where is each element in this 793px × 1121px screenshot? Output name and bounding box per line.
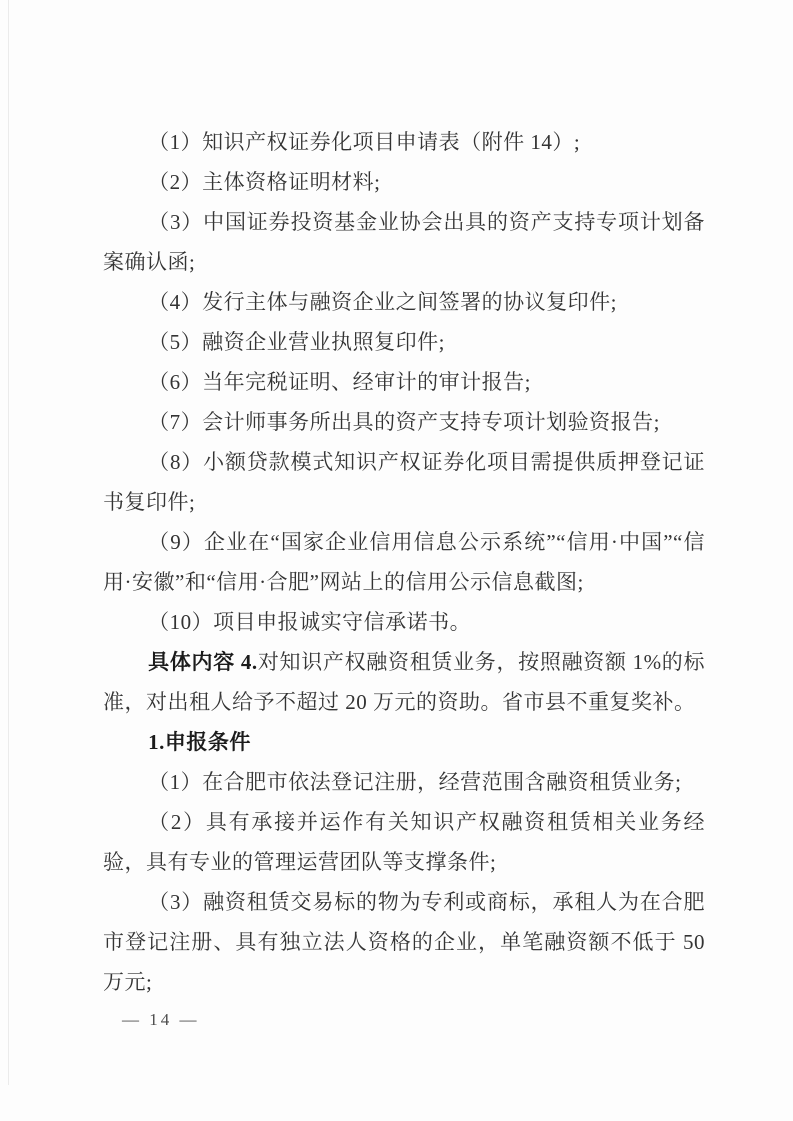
specific-content-label: 具体内容 4. — [148, 650, 257, 674]
attachment-item-10: （10）项目申报诚实守信承诺书。 — [103, 602, 705, 642]
condition-item-3: （3）融资租赁交易标的物为专利或商标，承租人为在合肥市登记注册、具有独立法人资格… — [103, 882, 705, 1002]
attachment-item-5: （5）融资企业营业执照复印件; — [103, 322, 705, 362]
specific-content-paragraph: 具体内容 4.对知识产权融资租赁业务，按照融资额 1%的标准，对出租人给予不超过… — [103, 642, 705, 722]
condition-item-1: （1）在合肥市依法登记注册，经营范围含融资租赁业务; — [103, 762, 705, 802]
attachment-item-7: （7）会计师事务所出具的资产支持专项计划验资报告; — [103, 402, 705, 442]
attachment-item-8: （8）小额贷款模式知识产权证券化项目需提供质押登记证书复印件; — [103, 442, 705, 522]
document-page: （1）知识产权证券化项目申请表（附件 14）; （2）主体资格证明材料; （3）… — [0, 0, 793, 1121]
scan-edge-line — [8, 0, 9, 1085]
attachment-item-3: （3）中国证券投资基金业协会出具的资产支持专项计划备案确认函; — [103, 202, 705, 282]
section-heading-application-conditions: 1.申报条件 — [103, 722, 705, 762]
attachment-item-9: （9）企业在“国家企业信用信息公示系统”“信用·中国”“信用·安徽”和“信用·合… — [103, 522, 705, 602]
attachment-item-4: （4）发行主体与融资企业之间签署的协议复印件; — [103, 282, 705, 322]
attachment-item-2: （2）主体资格证明材料; — [103, 162, 705, 202]
document-content: （1）知识产权证券化项目申请表（附件 14）; （2）主体资格证明材料; （3）… — [103, 122, 705, 1002]
attachment-item-6: （6）当年完税证明、经审计的审计报告; — [103, 362, 705, 402]
page-number: — 14 — — [122, 1006, 200, 1034]
condition-item-2: （2）具有承接并运作有关知识产权融资租赁相关业务经验，具有专业的管理运营团队等支… — [103, 802, 705, 882]
attachment-item-1: （1）知识产权证券化项目申请表（附件 14）; — [103, 122, 705, 162]
